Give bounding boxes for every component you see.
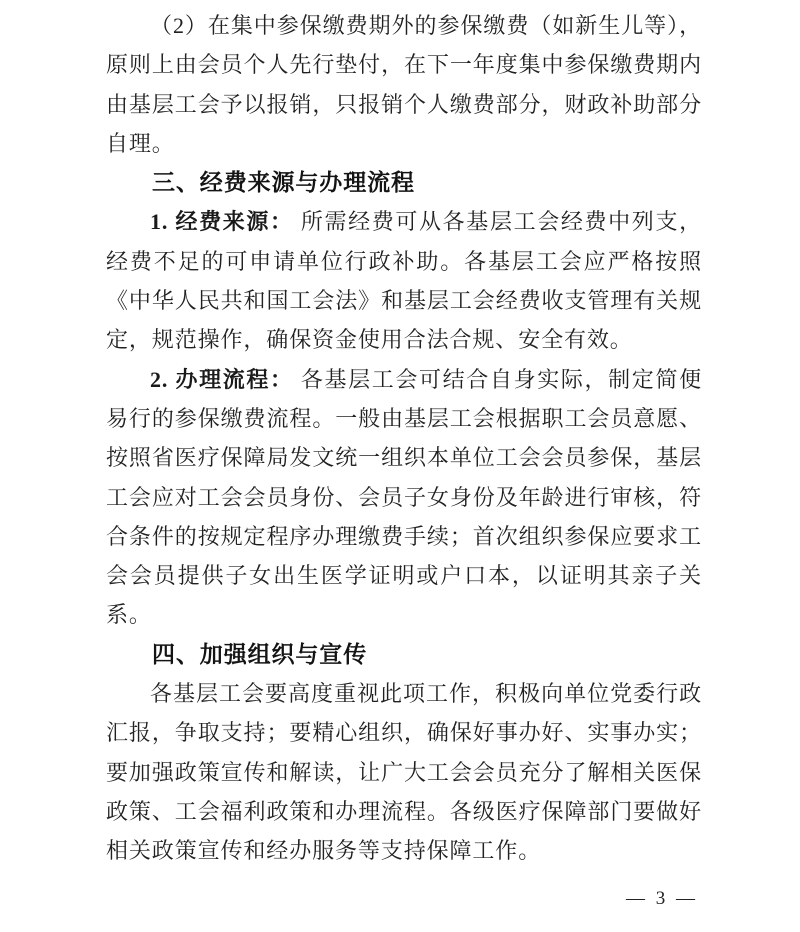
paragraph-lead-handling-process: 2. 办理流程： xyxy=(150,367,294,392)
paragraph-organization-publicity: 各基层工会要高度重视此项工作，积极向单位党委行政汇报，争取支持；要精心组织，确保… xyxy=(106,674,702,870)
document-page: （2）在集中参保缴费期外的参保缴费（如新生儿等），原则上由会员个人先行垫付，在下… xyxy=(0,0,800,932)
paragraph-lead-funding-source: 1. 经费来源： xyxy=(150,209,294,234)
paragraph-text: 各基层工会可结合自身实际，制定简便易行的参保缴费流程。一般由基层工会根据职工会员… xyxy=(106,367,702,628)
section-heading-funding-and-process: 三、经费来源与办理流程 xyxy=(106,163,702,202)
paragraph-reimbursement-rule: （2）在集中参保缴费期外的参保缴费（如新生儿等），原则上由会员个人先行垫付，在下… xyxy=(106,6,702,163)
paragraph-funding-source: 1. 经费来源： 所需经费可从各基层工会经费中列支，经费不足的可申请单位行政补助… xyxy=(106,202,702,359)
paragraph-text: （2）在集中参保缴费期外的参保缴费（如新生儿等），原则上由会员个人先行垫付，在下… xyxy=(106,13,702,156)
paragraph-text: 各基层工会要高度重视此项工作，积极向单位党委行政汇报，争取支持；要精心组织，确保… xyxy=(106,681,702,863)
page-number: — 3 — xyxy=(626,888,698,910)
section-heading-organization-and-publicity: 四、加强组织与宣传 xyxy=(106,635,702,674)
paragraph-handling-process: 2. 办理流程： 各基层工会可结合自身实际，制定简便易行的参保缴费流程。一般由基… xyxy=(106,360,702,635)
document-body: （2）在集中参保缴费期外的参保缴费（如新生儿等），原则上由会员个人先行垫付，在下… xyxy=(106,6,702,871)
